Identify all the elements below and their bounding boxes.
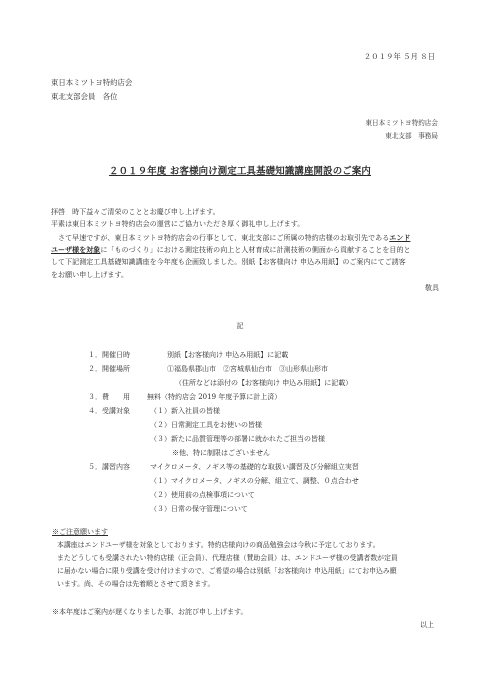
sender-org: 東日本ミツトヨ特約店会	[365, 120, 438, 127]
greeting-line-2: 平素は東日本ミツトヨ特約店会の運営にご協力いただき厚く御礼申し上げます。	[51, 221, 304, 228]
notice-line-4: います。尚、その場合は先着順とさせて頂きます。	[57, 581, 214, 588]
item-4: ４．受講対象	[88, 408, 130, 415]
item-number: ５．	[88, 463, 102, 471]
item-number: ４．	[88, 407, 102, 415]
document-title: ２０１９年度 お客様向け測定工具基礎知識講座開設のご案内	[0, 167, 480, 176]
item-5-value: マイクロメータ、ノギス等の基礎的な取扱い講習及び分解組立実習	[150, 464, 359, 471]
body-text: さて早速ですが、東日本ミツトヨ特約店会の行事として、東北支部にご所属の特約店様の…	[51, 234, 389, 242]
emphasis-target: ユーザ様を対象	[51, 245, 100, 254]
notice-heading: ※ご注意願います	[52, 529, 108, 536]
recipient-members: 東北支部会員 各位	[51, 93, 118, 100]
end-marker: 以上	[420, 622, 434, 629]
item-label: 開催日時	[102, 351, 130, 359]
greeting-line-1: 拝啓 時下益々ご清栄のこととお慶び申し上げます。	[51, 209, 220, 216]
ki-marker: 記	[0, 323, 480, 330]
notice-line-2: またどうしても受講されたい特約店様（正会員）、代理店様（賛助会員）は、エンドユー…	[57, 555, 398, 562]
notice-line-3: に届かない場合に限り受講を受け付けますので、ご希望の場合は別紙「お客様向け 申込…	[57, 568, 397, 575]
item-5-sub-2: （２）使用前の点検事項について	[150, 492, 255, 499]
emphasis-end-user: エンド	[389, 233, 410, 242]
item-label: 費 用	[102, 393, 130, 401]
recipient-org: 東日本ミツトヨ特約店会	[51, 79, 132, 86]
item-1: １．開催日時	[88, 352, 130, 359]
body-paragraph-line-2: ユーザ様を対象に「ものづくり」における測定技術の向上と人材育成に計測技術の側面か…	[51, 246, 411, 254]
body-text: に「ものづくり」における測定技術の向上と人材育成に計測技術の側面から貢献すること…	[100, 246, 410, 254]
item-number: ２．	[88, 365, 102, 373]
item-3: ３．費 用	[88, 394, 130, 401]
item-2-value: ①福島県郡山市 ②宮城県仙台市 ③山形県山形市	[167, 366, 328, 373]
body-paragraph-line-1: さて早速ですが、東日本ミツトヨ特約店会の行事として、東北支部にご所属の特約店様の…	[51, 234, 410, 242]
item-label: 受講対象	[102, 407, 130, 415]
item-5-sub-3: （３）日常の保守管理について	[150, 506, 248, 513]
body-paragraph-line-3: して下記測定工具基礎知識講座を今年度も企画致しました。別紙【お客様向け 申込み用…	[51, 259, 406, 266]
item-5: ５．講習内容	[88, 464, 130, 471]
item-number: １．	[88, 351, 102, 359]
item-1-value: 別紙【お客様向け 申込み用紙】に記載	[167, 352, 288, 359]
item-4-note: ※他、特に制限はございません	[172, 450, 270, 457]
document-date: ２０１９年 ５月 ８日	[364, 53, 435, 60]
item-5-sub-1: （１）マイクロメータ、ノギスの分解、組立て、調整、０点合わせ	[150, 478, 359, 485]
item-2: ２．開催場所	[88, 366, 130, 373]
item-number: ３．	[88, 393, 102, 401]
apology-note: ※本年度はご案内が遅くなりました事、お詫び申し上げます。	[52, 609, 247, 616]
item-2-note: （住所などは添付の【お客様向け 申込み用紙】に記載）	[175, 380, 352, 387]
notice-line-1: 本講座はエンドユーザ様を対象としております。特約店様向けの商品勉強会は今秋に予定…	[57, 542, 379, 549]
item-label: 講習内容	[102, 463, 130, 471]
item-label: 開催場所	[102, 365, 130, 373]
item-4-sub-3: （３）新たに品質管理等の部署に就かれたご担当の皆様	[150, 436, 325, 443]
body-paragraph-line-4: をお願い申し上げます。	[51, 272, 128, 279]
item-4-sub-1: （１）新入社員の皆様	[150, 408, 220, 415]
closing-keigu: 敬具	[425, 285, 439, 292]
item-4-sub-2: （２）日常測定工具をお使いの皆様	[150, 422, 262, 429]
sender-office: 東北支部 事務局	[385, 133, 438, 140]
item-3-value: 無料（特約店会 2019 年度予算に計上済）	[147, 394, 281, 401]
